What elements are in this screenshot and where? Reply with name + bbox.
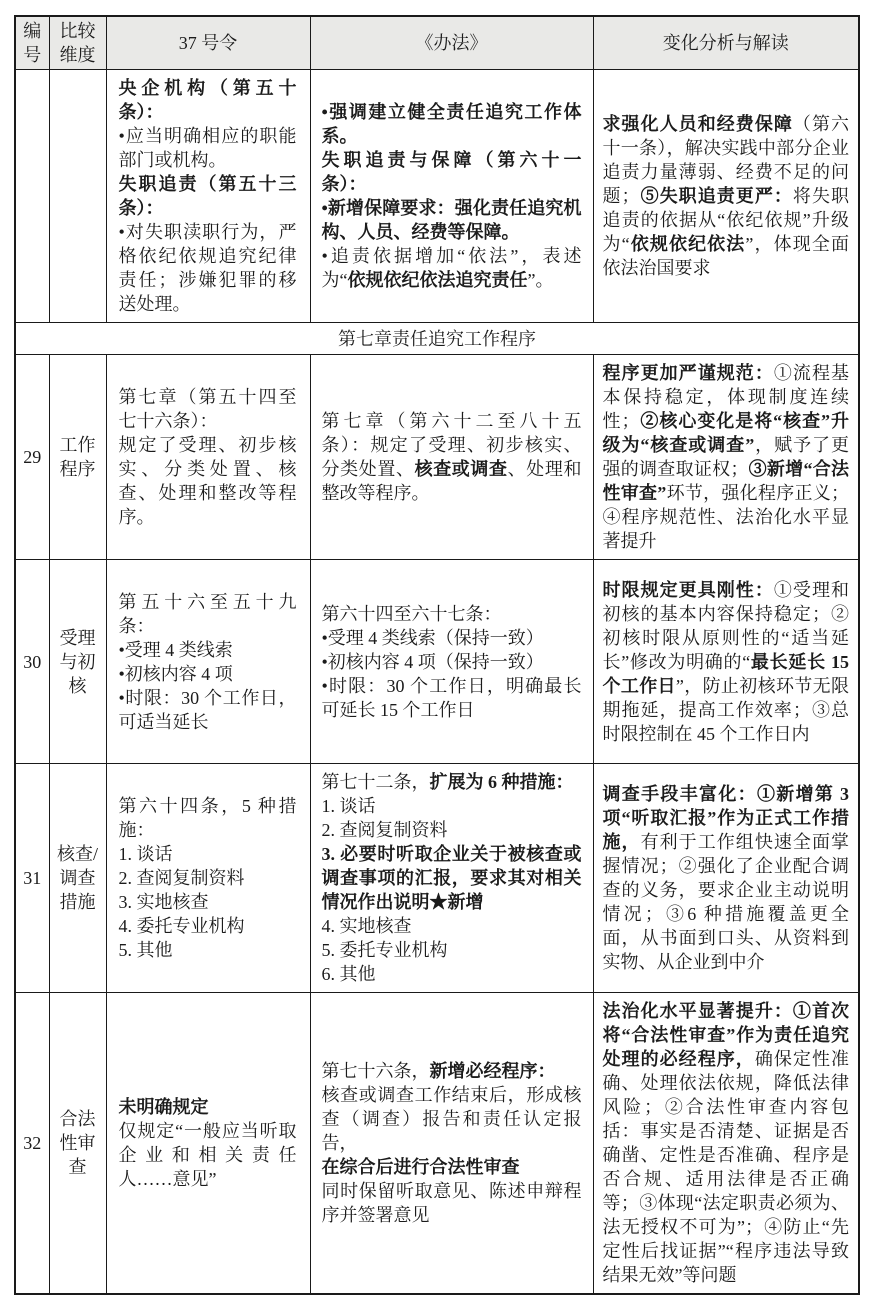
cell-analysis: 程序更加严谨规范：①流程基本保持稳定，体现制度连续性；②核心变化是将“核查”升级… (593, 355, 859, 560)
text-segment: 29 (23, 447, 41, 467)
text-segment: 30 (23, 652, 41, 672)
cell-order37: 第六十四条，5 种措施： 1. 谈话 2. 查阅复制资料 3. 实地核查 4. … (106, 764, 310, 993)
header-cell-measures: 《办法》 (310, 16, 593, 70)
cell-order37: 央企机构（第五十条）： •应当明确相应的职能部门或机构。 失职追责（第五十三条）… (106, 70, 310, 323)
text-segment: 未明确规定 (119, 1097, 209, 1117)
text-segment: 依规依纪依法 (630, 234, 746, 254)
cell-order37: 未明确规定 仅规定“一般应当听取企业和相关责任人……意见” (106, 993, 310, 1295)
cell-dimension: 核查/调查措施 (49, 764, 106, 993)
cell-dimension (49, 70, 106, 323)
header-cell-id: 编号 (15, 16, 49, 70)
cell-analysis: 调查手段丰富化：①新增第 3 项“听取汇报”作为正式工作措施，有利于工作组快速全… (593, 764, 859, 993)
text-segment: 确保定性准确、处理依法依规，降低法律风险；②合法性审查内容包括：事实是否清楚、证… (603, 1049, 850, 1285)
text-segment: 第五十六至五十九条： •受理 4 类线索 •初核内容 4 项 •时限：30 个工… (119, 592, 297, 732)
text-segment: •强调建立健全责任追究工作体系。 (322, 102, 582, 146)
text-segment: 核查或调查 (415, 459, 508, 479)
text-segment: 程序更加严谨规范： (603, 363, 774, 383)
text-segment: 31 (23, 868, 41, 888)
cell-dimension: 受理与初核 (49, 560, 106, 764)
table-row: 30受理与初核第五十六至五十九条： •受理 4 类线索 •初核内容 4 项 •时… (15, 560, 859, 764)
text-segment: 新增必经程序： (430, 1061, 556, 1081)
cell-measures: 第七十六条，新增必经程序： 核查或调查工作结束后，形成核查（调查）报告和责任认定… (310, 993, 593, 1295)
text-segment: ”。 (528, 270, 554, 290)
cell-analysis: 法治化水平显著提升：①首次将“合法性审查”作为责任追究处理的必经程序，确保定性准… (593, 993, 859, 1295)
text-segment: 求强化人员和经费保障 (603, 114, 793, 134)
cell-measures: 第七章（第六十二至八十五条）：规定了受理、初步核实、分类处置、核查或调查、处理和… (310, 355, 593, 560)
header-cell-dimension: 比较维度 (49, 16, 106, 70)
text-segment: 第七章（第五十四至七十六条）： 规定了受理、初步核实、分类处置、核查、处理和整改… (119, 387, 297, 527)
text-segment: 受理与初核 (60, 628, 96, 696)
cell-measures: •强调建立健全责任追究工作体系。 失职追责与保障（第六十一条）： •新增保障要求… (310, 70, 593, 323)
header-cell-analysis: 变化分析与解读 (593, 16, 859, 70)
cell-id: 30 (15, 560, 49, 764)
text-segment: 第七十二条， (322, 772, 430, 792)
text-segment: 失职追责与保障（第六十一条）： (322, 150, 582, 194)
table-header: 编号 比较维度 37 号令 《办法》 变化分析与解读 (15, 16, 859, 70)
section-title: 第七章责任追究工作程序 (15, 323, 859, 355)
cell-id: 29 (15, 355, 49, 560)
cell-id: 31 (15, 764, 49, 993)
text-segment: 第六十四至六十七条： •受理 4 类线索（保持一致） •初核内容 4 项（保持一… (322, 604, 582, 720)
cell-dimension: 工作程序 (49, 355, 106, 560)
cell-order37: 第五十六至五十九条： •受理 4 类线索 •初核内容 4 项 •时限：30 个工… (106, 560, 310, 764)
table-row: 31核查/调查措施第六十四条，5 种措施： 1. 谈话 2. 查阅复制资料 3.… (15, 764, 859, 993)
cell-dimension: 合法性审查 (49, 993, 106, 1295)
text-segment: 核查/调查措施 (57, 844, 98, 912)
cell-analysis: 求强化人员和经费保障（第六十一条），解决实践中部分企业追责力量薄弱、经费不足的问… (593, 70, 859, 323)
table-row: 32合法性审查未明确规定 仅规定“一般应当听取企业和相关责任人……意见”第七十六… (15, 993, 859, 1295)
text-segment: 第六十四条，5 种措施： 1. 谈话 2. 查阅复制资料 3. 实地核查 4. … (119, 796, 297, 960)
text-segment: 合法性审查 (60, 1109, 96, 1177)
text-segment: 失职追责（第五十三条）： (119, 174, 297, 218)
table-row: 央企机构（第五十条）： •应当明确相应的职能部门或机构。 失职追责（第五十三条）… (15, 70, 859, 323)
text-segment: 3. 必要时听取企业关于被核查或调查事项的汇报，要求其对相关情况作出说明★新增 (322, 844, 582, 912)
cell-analysis: 时限规定更具刚性：①受理和初核的基本内容保持稳定；②初核时限从原则性的“适当延长… (593, 560, 859, 764)
table-row: 29工作程序第七章（第五十四至七十六条）： 规定了受理、初步核实、分类处置、核查… (15, 355, 859, 560)
comparison-table: 编号 比较维度 37 号令 《办法》 变化分析与解读 央企机构（第五十条）： •… (14, 15, 860, 1295)
text-segment: 时限规定更具刚性： (603, 580, 774, 600)
section-header-row: 第七章责任追究工作程序 (15, 323, 859, 355)
cell-id: 32 (15, 993, 49, 1295)
cell-measures: 第六十四至六十七条： •受理 4 类线索（保持一致） •初核内容 4 项（保持一… (310, 560, 593, 764)
text-segment: •新增保障要求：强化责任追究机构、人员、经费等保障。 (322, 198, 582, 242)
text-segment: 32 (23, 1133, 41, 1153)
text-segment: 有利于工作组快速全面掌握情况；②强化了企业配合调查的义务，要求企业主动说明情况；… (603, 832, 850, 972)
text-segment: 央企机构（第五十条）： (119, 78, 297, 122)
text-segment: 依规依纪依法追究责任 (348, 270, 528, 290)
cell-id (15, 70, 49, 323)
header-cell-order37: 37 号令 (106, 16, 310, 70)
cell-order37: 第七章（第五十四至七十六条）： 规定了受理、初步核实、分类处置、核查、处理和整改… (106, 355, 310, 560)
text-segment: 工作程序 (60, 435, 96, 479)
text-segment: 4. 实地核查 5. 委托专业机构 6. 其他 (322, 916, 448, 984)
text-segment: 1. 谈话 2. 查阅复制资料 (322, 796, 448, 840)
comparison-table-body: 央企机构（第五十条）： •应当明确相应的职能部门或机构。 失职追责（第五十三条）… (15, 70, 859, 1295)
text-segment: •应当明确相应的职能部门或机构。 (119, 126, 297, 170)
cell-measures: 第七十二条，扩展为 6 种措施： 1. 谈话 2. 查阅复制资料 3. 必要时听… (310, 764, 593, 993)
text-segment: 仅规定“一般应当听取企业和相关责任人……意见” (119, 1121, 297, 1189)
table-header-row: 编号 比较维度 37 号令 《办法》 变化分析与解读 (15, 16, 859, 70)
text-segment: ⑤失职追责更严： (640, 186, 793, 206)
text-segment: 第七十六条， (322, 1061, 430, 1081)
text-segment: 核查或调查工作结束后，形成核查（调查）报告和责任认定报告， (322, 1085, 582, 1153)
text-segment: 在综合后进行合法性审查 (322, 1157, 520, 1177)
text-segment: 扩展为 6 种措施： (430, 772, 574, 792)
text-segment: 同时保留听取意见、陈述申辩程序并签署意见 (322, 1181, 582, 1225)
text-segment: •对失职渎职行为，严格依纪依规追究纪律责任；涉嫌犯罪的移送处理。 (119, 222, 297, 314)
